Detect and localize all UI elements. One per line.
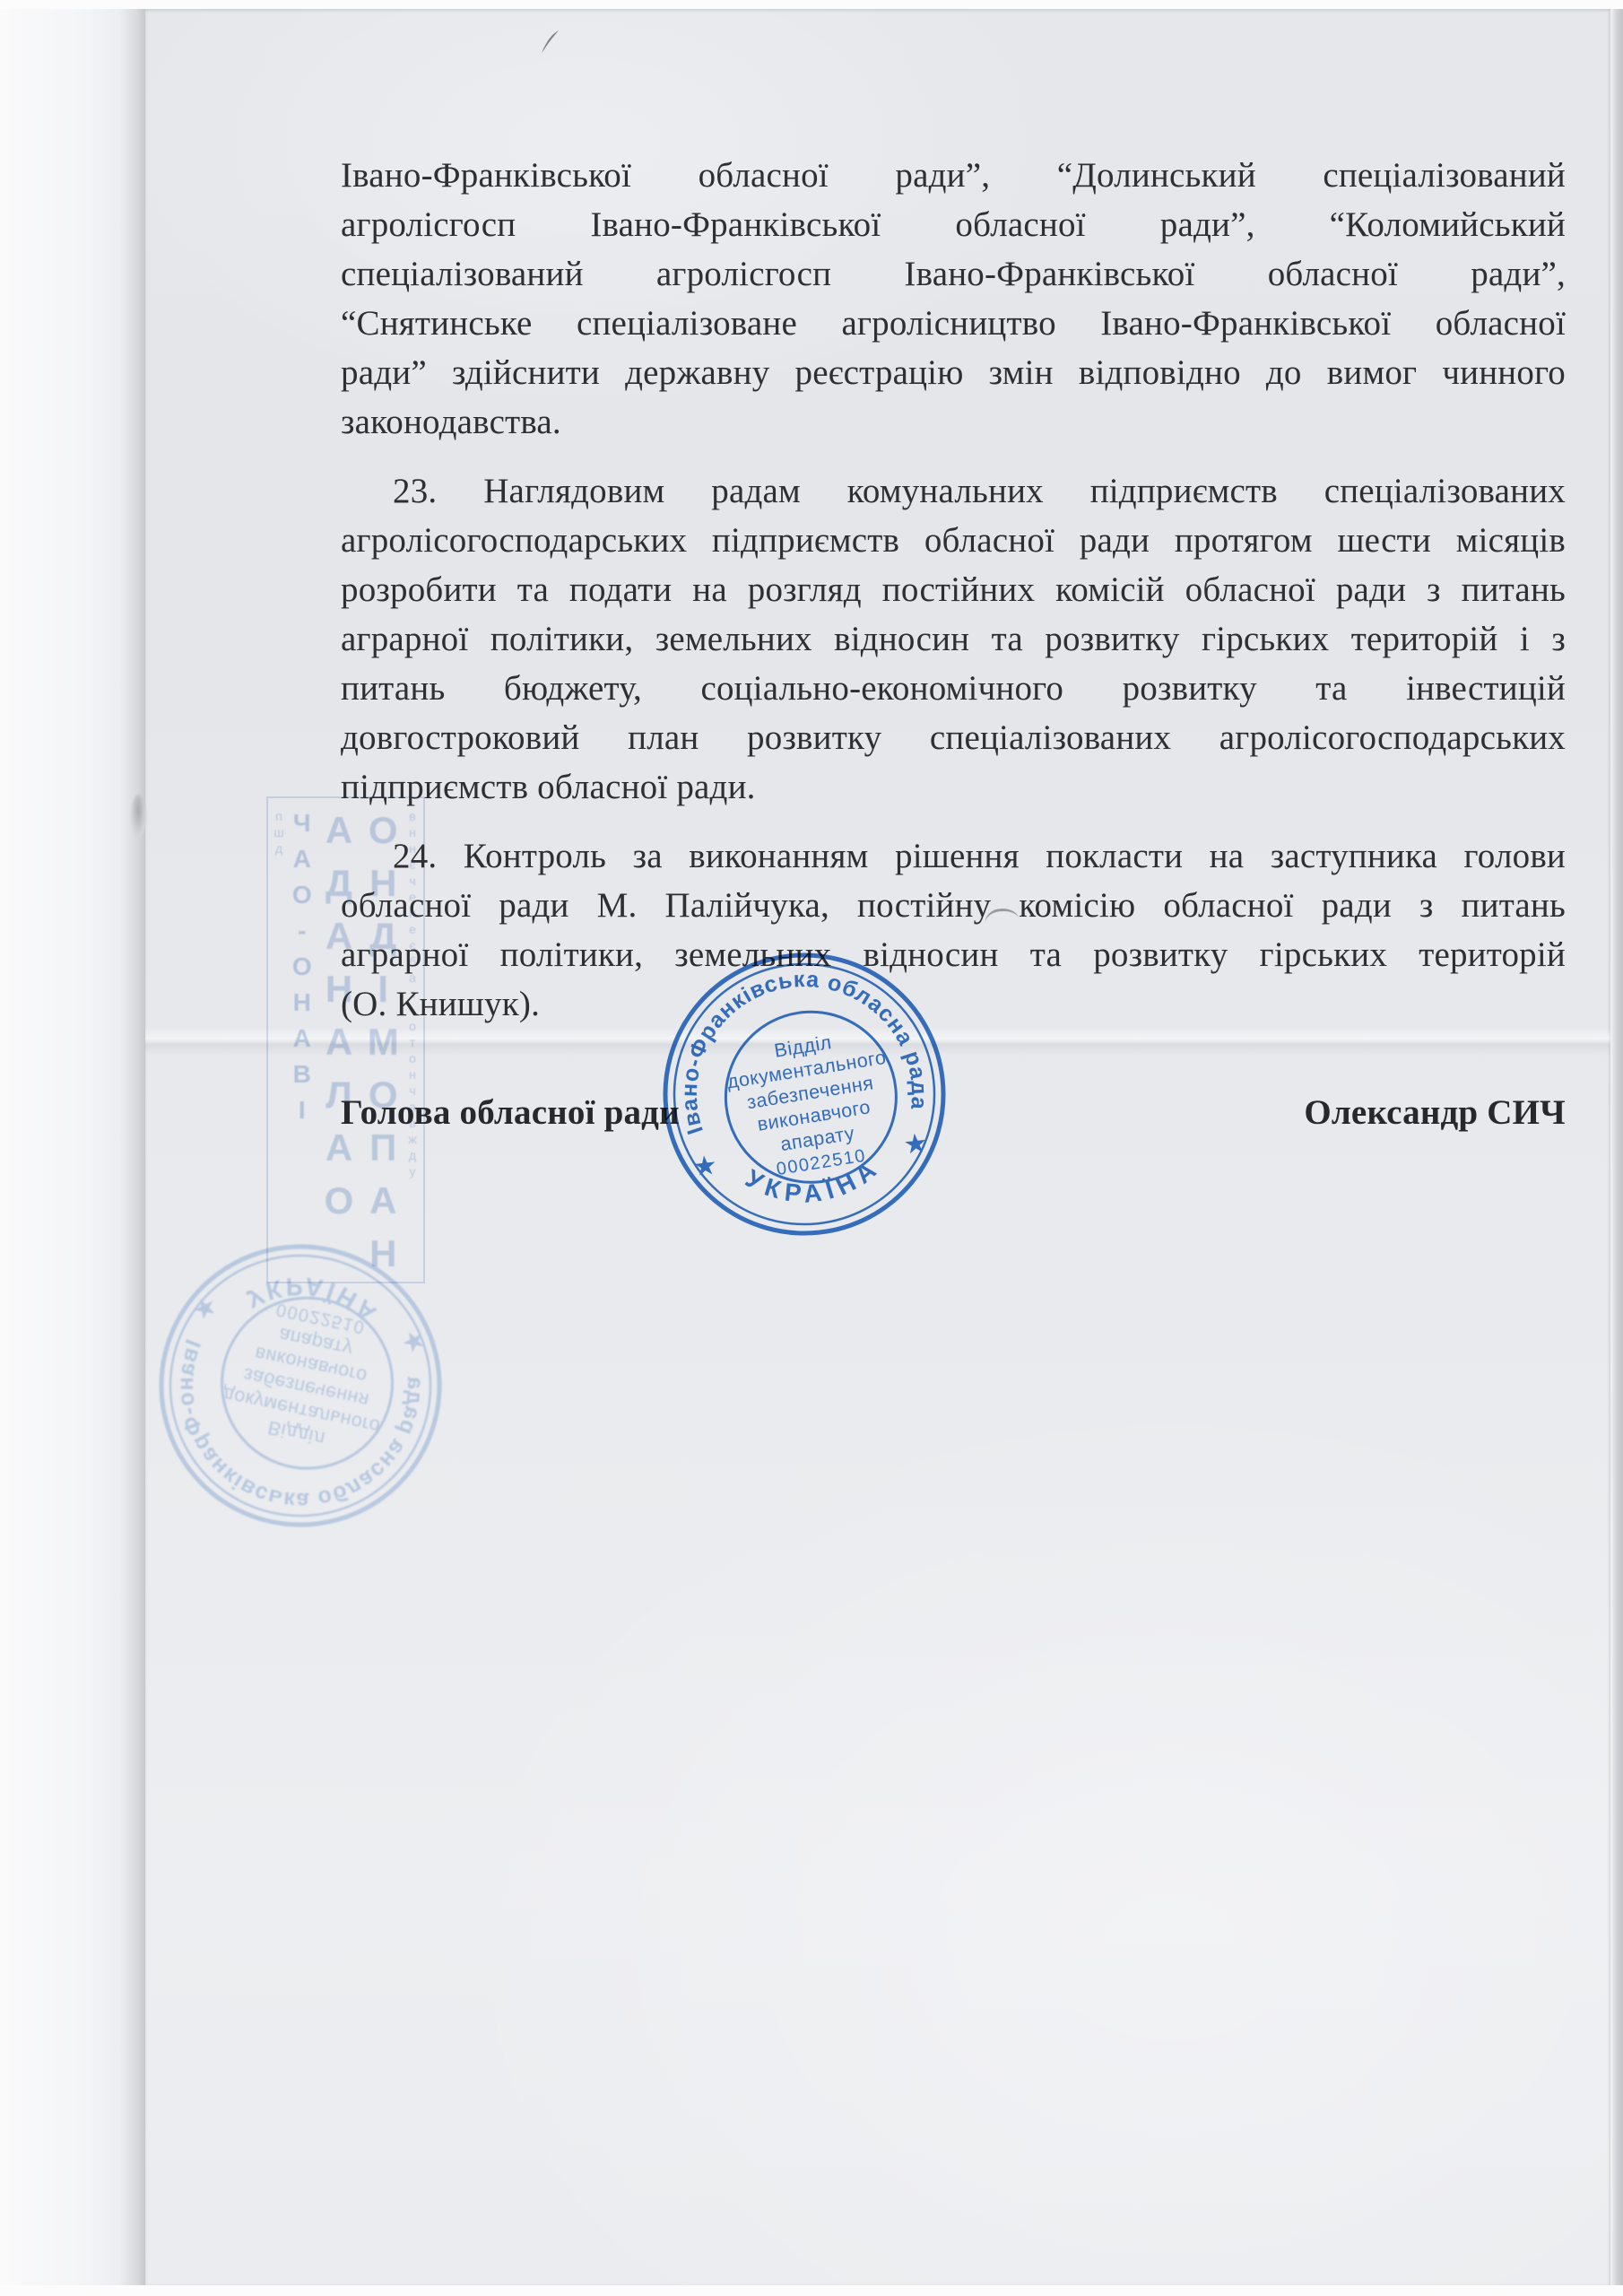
signature-name: Олександр СИЧ	[1304, 1088, 1566, 1137]
bleed-column: пшд	[272, 809, 286, 857]
text-line: підприємств обласної ради.	[341, 762, 1566, 812]
text-line: питань бюджету, соціально-економічного р…	[341, 664, 1566, 713]
document-body: Івано-Франківської обласної ради”, “Доли…	[341, 151, 1566, 1137]
paper-nick	[131, 795, 146, 838]
text-line: аграрної політики, земельних відносин та…	[341, 614, 1566, 664]
text-line: 23. Наглядовим радам комунальних підприє…	[341, 466, 1566, 516]
stamp-star-left: ★	[691, 1150, 718, 1184]
text-line: довгостроковий план розвитку спеціалізов…	[341, 713, 1566, 762]
bleed-through-round-stamp	[126, 1211, 474, 1560]
text-line: Івано-Франківської обласної ради”, “Доли…	[341, 151, 1566, 200]
signature-role: Голова обласної ради	[341, 1088, 680, 1137]
text-line: 24. Контроль за виконанням рішення покла…	[341, 831, 1566, 881]
text-line: законодавства.	[341, 397, 1566, 447]
page-fold-left-band	[0, 9, 145, 2285]
page-right-edge-shadow	[1609, 9, 1623, 2285]
paragraph-item-24: 24. Контроль за виконанням рішення покла…	[341, 831, 1566, 1029]
text-line: агролісгосп Івано-Франківської обласної …	[341, 200, 1566, 249]
text-line: агролісогосподарських підприємств обласн…	[341, 516, 1566, 565]
text-line: аграрної політики, земельних відносин та…	[341, 930, 1566, 979]
official-round-stamp: Івано-Франківська обласна рада УКРАЇНА ★…	[637, 926, 972, 1262]
text-line: розробити та подати на розгляд постійних…	[341, 565, 1566, 614]
paragraph-item-23: 23. Наглядовим радам комунальних підприє…	[341, 466, 1566, 812]
text-line: ради” здійснити державну реєстрацію змін…	[341, 348, 1566, 397]
text-line: обласної ради М. Палійчука, постійну ком…	[341, 881, 1566, 930]
text-line: спеціалізований агролісгосп Івано-Франкі…	[341, 249, 1566, 299]
text-line: “Снятинське спеціалізоване агролісництво…	[341, 299, 1566, 348]
paragraph-continuation: Івано-Франківської обласної ради”, “Доли…	[341, 151, 1566, 447]
pen-tick-mark	[540, 29, 561, 56]
text-line: (О. Книшук).	[341, 979, 1566, 1029]
stamp-star-right: ★	[902, 1127, 929, 1161]
bleed-column: ЧАО-ОНАВІ	[287, 809, 316, 1132]
